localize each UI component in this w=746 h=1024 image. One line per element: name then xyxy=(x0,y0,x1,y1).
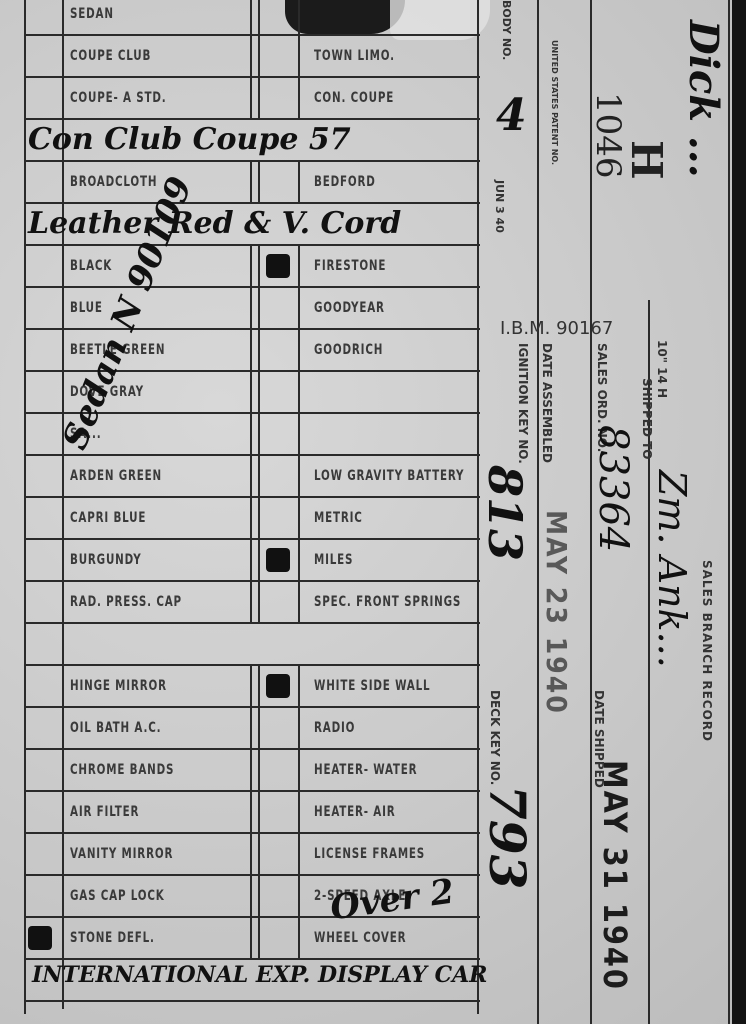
background-edge xyxy=(732,0,746,1024)
grid-column-line xyxy=(250,498,252,540)
option-label-right: HEATER- WATER xyxy=(314,762,417,778)
grid-column-line xyxy=(298,750,300,792)
filled-checkbox-mark xyxy=(266,674,290,698)
grid-column-line xyxy=(250,288,252,330)
grid-row: BURGUNDYMILES xyxy=(24,540,480,582)
option-label-right: MILES xyxy=(314,552,353,568)
grid-row: INTERNATIONAL EXP. DISPLAY CAR xyxy=(24,960,480,1002)
option-label-right: METRIC xyxy=(314,510,363,526)
card-letter: H xyxy=(622,140,671,180)
option-label-left: RAD. PRESS. CAP xyxy=(70,594,182,610)
option-label-left: ARDEN GREEN xyxy=(70,468,162,484)
grid-row: BLUEGOODYEAR xyxy=(24,288,480,330)
option-label-left: SEDAN xyxy=(70,6,114,22)
option-label-left: VANITY MIRROR xyxy=(70,846,173,862)
grid-row: CHROME BANDSHEATER- WATER xyxy=(24,750,480,792)
grid-column-line xyxy=(258,162,260,204)
grid-column-line xyxy=(250,372,252,414)
option-label-right: WHEEL COVER xyxy=(314,930,406,946)
shipped-to-label: SHIPPED TO xyxy=(640,378,654,459)
grid-row: SEDAN xyxy=(24,0,480,36)
grid-column-line xyxy=(298,876,300,918)
option-label-left: STONE DEFL. xyxy=(70,930,155,946)
grid-column-line xyxy=(250,708,252,750)
grid-column-line xyxy=(250,414,252,456)
grid-column-line xyxy=(258,834,260,876)
option-label-right: BEDFORD xyxy=(314,174,376,190)
body-no-label: BODY NO. xyxy=(500,0,513,60)
grid-column-line xyxy=(298,498,300,540)
option-label-right: GOODYEAR xyxy=(314,300,385,316)
grid-row xyxy=(24,624,480,666)
option-label-right: LICENSE FRAMES xyxy=(314,846,425,862)
grid-column-line xyxy=(258,666,260,708)
grid-column-line xyxy=(298,582,300,624)
grid-column-line xyxy=(250,162,252,204)
grid-column-line xyxy=(258,750,260,792)
option-label-left: GAS CAP LOCK xyxy=(70,888,165,904)
shipped-to-prefix: 10" 14 H xyxy=(655,340,669,398)
grid-column-line xyxy=(258,498,260,540)
option-label-left: BURGUNDY xyxy=(70,552,141,568)
grid-column-line xyxy=(258,708,260,750)
grid-row: HINGE MIRRORWHITE SIDE WALL xyxy=(24,666,480,708)
option-label-right: HEATER- AIR xyxy=(314,804,396,820)
patent-text: UNITED STATES PATENT NO. xyxy=(550,40,559,165)
option-label-right: TOWN LIMO. xyxy=(314,48,395,64)
grid-column-line xyxy=(250,666,252,708)
option-label-left: AIR FILTER xyxy=(70,804,139,820)
grid-column-line xyxy=(298,0,300,36)
option-label-left: COUPE- A STD. xyxy=(70,90,166,106)
option-label-left: COUPE CLUB xyxy=(70,48,151,64)
grid-column-line xyxy=(298,162,300,204)
option-label-right: FIRESTONE xyxy=(314,258,386,274)
grid-column-line xyxy=(258,456,260,498)
grid-column-line xyxy=(250,792,252,834)
grid-row: STONE DEFL.WHEEL COVER xyxy=(24,918,480,960)
grid-column-line xyxy=(258,288,260,330)
option-label-left: BLUE xyxy=(70,300,103,316)
grid-row: COUPE- A STD.CON. COUPE xyxy=(24,78,480,120)
grid-column-line xyxy=(298,78,300,120)
grid-column-line xyxy=(298,540,300,582)
ignition-key-label: IGNITION KEY NO. xyxy=(494,343,530,464)
grid-column-line xyxy=(298,708,300,750)
grid-column-line xyxy=(298,288,300,330)
date-assembled-value: MAY 23 1940 xyxy=(540,510,573,715)
filled-checkbox-mark xyxy=(266,254,290,278)
panel-line-1 xyxy=(537,0,539,1024)
grid-column-line xyxy=(298,666,300,708)
options-grid: SEDANCOUPE CLUBTOWN LIMO.COUPE- A STD.CO… xyxy=(24,0,480,1002)
grid-column-line xyxy=(258,246,260,288)
handwritten-entry: INTERNATIONAL EXP. DISPLAY CAR xyxy=(32,962,487,988)
grid-column-line xyxy=(250,330,252,372)
grid-column-line xyxy=(250,36,252,78)
option-label-left: HINGE MIRROR xyxy=(70,678,167,694)
panel-line-4 xyxy=(728,0,730,1024)
handwritten-entry: Con Club Coupe 57 xyxy=(28,122,351,157)
filled-checkbox-mark xyxy=(28,926,52,950)
option-label-right: LOW GRAVITY BATTERY xyxy=(314,468,464,484)
grid-column-line xyxy=(258,792,260,834)
grid-row: Leather Red & V. Cord xyxy=(24,204,480,246)
grid-column-line xyxy=(250,456,252,498)
grid-column-line xyxy=(258,330,260,372)
grid-column-line xyxy=(250,918,252,960)
grid-column-line xyxy=(298,456,300,498)
body-no-value: 4 xyxy=(496,90,527,141)
grid-column-line xyxy=(250,750,252,792)
grid-column-line xyxy=(250,78,252,120)
grid-column-line xyxy=(258,582,260,624)
grid-row: COUPE CLUBTOWN LIMO. xyxy=(24,36,480,78)
date-assembled-label: DATE ASSEMBLED xyxy=(540,343,554,463)
grid-column-line xyxy=(258,540,260,582)
sales-branch-record-label: SALES BRANCH RECORD xyxy=(700,560,714,742)
grid-column-line xyxy=(250,540,252,582)
option-label-left: BLACK xyxy=(70,258,112,274)
grid-column-line xyxy=(298,414,300,456)
grid-column-line xyxy=(298,792,300,834)
option-label-left: OIL BATH A.C. xyxy=(70,720,161,736)
grid-column-line xyxy=(298,918,300,960)
grid-column-line xyxy=(250,246,252,288)
grid-row: AIR FILTERHEATER- AIR xyxy=(24,792,480,834)
option-label-left: CHROME BANDS xyxy=(70,762,174,778)
form-number: I.B.M. 90167 xyxy=(500,318,613,339)
deck-key-value: 793 xyxy=(478,785,537,889)
grid-row: ARDEN GREENLOW GRAVITY BATTERY xyxy=(24,456,480,498)
option-label-right: SPEC. FRONT SPRINGS xyxy=(314,594,461,610)
grid-row: Con Club Coupe 57 xyxy=(24,120,480,162)
filled-checkbox-mark xyxy=(266,548,290,572)
option-label-right: WHITE SIDE WALL xyxy=(314,678,430,694)
grid-column-line xyxy=(250,582,252,624)
handwritten-entry: Leather Red & V. Cord xyxy=(28,206,401,241)
grid-column-line xyxy=(250,834,252,876)
grid-column-line xyxy=(298,834,300,876)
grid-column-line xyxy=(298,330,300,372)
grid-column-line xyxy=(250,876,252,918)
grid-column-line xyxy=(258,372,260,414)
option-label-right: GOODRICH xyxy=(314,342,383,358)
grid-row: BLACKFIRESTONE xyxy=(24,246,480,288)
top-right-signature: Dick ... xyxy=(680,20,727,178)
grid-column-line xyxy=(258,918,260,960)
grid-column-line xyxy=(298,246,300,288)
option-label-left: BROADCLOTH xyxy=(70,174,157,190)
shipped-to-value: Zm. Ank... xyxy=(650,470,694,668)
grid-column-line xyxy=(258,78,260,120)
grid-row: BROADCLOTHBEDFORD xyxy=(24,162,480,204)
grid-column-line xyxy=(298,36,300,78)
grid-column-line xyxy=(258,876,260,918)
grid-column-line xyxy=(258,414,260,456)
grid-row: OIL BATH A.C.RADIO xyxy=(24,708,480,750)
option-label-right: CON. COUPE xyxy=(314,90,394,106)
grid-column-line xyxy=(298,372,300,414)
grid-row: VANITY MIRRORLICENSE FRAMES xyxy=(24,834,480,876)
option-label-left: CAPRI BLUE xyxy=(70,510,146,526)
grid-column-line xyxy=(258,0,260,36)
grid-column-line xyxy=(258,36,260,78)
date-shipped-value: MAY 31 1940 xyxy=(596,760,634,991)
sales-branch-record-card: SEDANCOUPE CLUBTOWN LIMO.COUPE- A STD.CO… xyxy=(0,0,732,1024)
grid-column-line xyxy=(250,0,252,36)
sales-ord-value: 83364 xyxy=(590,425,636,552)
deck-key-label: DECK KEY NO. xyxy=(488,690,502,785)
ignition-key-value: 813 xyxy=(478,465,532,561)
option-label-right: RADIO xyxy=(314,720,355,736)
grid-row: RAD. PRESS. CAPSPEC. FRONT SPRINGS xyxy=(24,582,480,624)
date-stamp: JUN 3 40 xyxy=(493,180,506,233)
grid-row: CAPRI BLUEMETRIC xyxy=(24,498,480,540)
